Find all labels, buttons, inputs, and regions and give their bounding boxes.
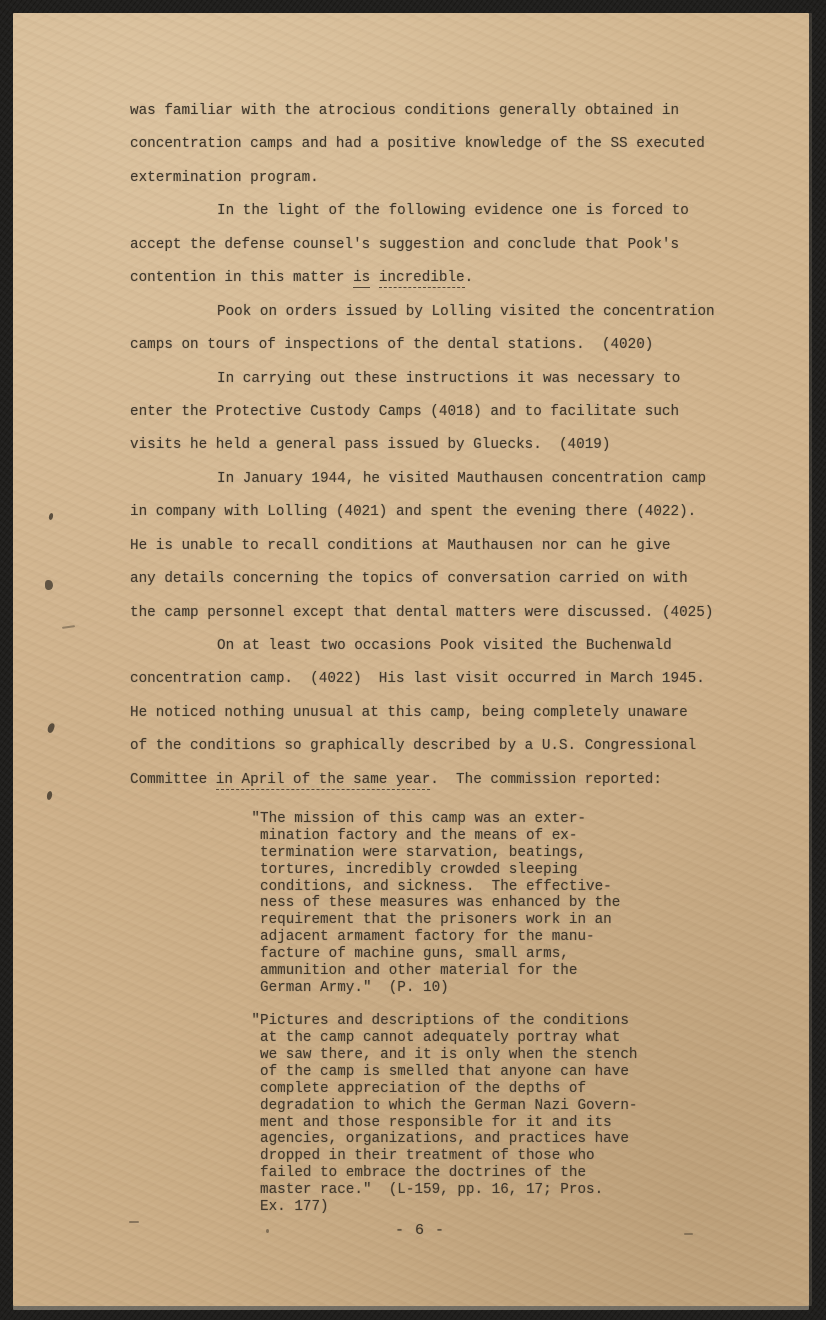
quote-line: termination were starvation, beatings, (260, 845, 750, 862)
quote-line: degradation to which the German Nazi Gov… (260, 1098, 750, 1115)
quote-line: ness of these measures was enhanced by t… (260, 895, 750, 912)
typed-line: in company with Lolling (4021) and spent… (130, 496, 750, 529)
typed-line-underlined-phrase: Committee in April of the same year. The… (130, 764, 750, 797)
underlined-word-is: is (353, 270, 370, 288)
typed-line: Pook on orders issued by Lolling visited… (130, 296, 750, 329)
typed-line: was familiar with the atrocious conditio… (130, 95, 750, 128)
quote-line: mination factory and the means of ex- (260, 828, 750, 845)
quote-line: facture of machine guns, small arms, (260, 946, 750, 963)
quote-line: ment and those responsible for it and it… (260, 1115, 750, 1132)
quote-line: tortures, incredibly crowded sleeping (260, 862, 750, 879)
page-number: - 6 - (130, 1221, 710, 1241)
typed-line: concentration camp. (4022) His last visi… (130, 663, 750, 696)
block-quote-2: "Pictures and descriptions of the condit… (260, 1013, 750, 1215)
typed-line: In January 1944, he visited Mauthausen c… (130, 463, 750, 496)
typed-line: camps on tours of inspections of the den… (130, 329, 750, 362)
typed-line: the camp personnel except that dental ma… (130, 597, 750, 630)
quote-line: master race." (L-159, pp. 16, 17; Pros. (260, 1182, 750, 1199)
quote-line: requirement that the prisoners work in a… (260, 912, 750, 929)
typed-line: In carrying out these instructions it wa… (130, 363, 750, 396)
quote-line: Ex. 177) (260, 1199, 750, 1216)
typed-line: enter the Protective Custody Camps (4018… (130, 396, 750, 429)
quote-line: we saw there, and it is only when the st… (260, 1047, 750, 1064)
typed-line: visits he held a general pass issued by … (130, 429, 750, 462)
line-text: . The commission reported: (430, 772, 662, 788)
quote-line: adjacent armament factory for the manu- (260, 929, 750, 946)
ink-speck (266, 1229, 269, 1233)
quote-line: "Pictures and descriptions of the condit… (251, 1013, 750, 1030)
line-text: . (465, 270, 474, 286)
quote-line: conditions, and sickness. The effective- (260, 879, 750, 896)
ink-speck (129, 1221, 139, 1223)
typed-content: was familiar with the atrocious conditio… (130, 95, 750, 1241)
typed-line: concentration camps and had a positive k… (130, 128, 750, 161)
line-text: contention in this matter (130, 270, 353, 286)
quote-line: failed to embrace the doctrines of the (260, 1165, 750, 1182)
typed-line-underlined-phrase: contention in this matter is incredible. (130, 262, 750, 295)
quote-line: complete appreciation of the depths of (260, 1081, 750, 1098)
typed-line: On at least two occasions Pook visited t… (130, 630, 750, 663)
underlined-phrase-april: in April of the same year (216, 772, 431, 790)
typed-line: accept the defense counsel's suggestion … (130, 229, 750, 262)
quote-line: ammunition and other material for the (260, 963, 750, 980)
scan-background: { "page": { "page_number": "- 6 -", "col… (0, 0, 826, 1320)
typed-line: extermination program. (130, 162, 750, 195)
quote-line: agencies, organizations, and practices h… (260, 1131, 750, 1148)
quote-line: "The mission of this camp was an exter- (251, 811, 750, 828)
ink-speck (684, 1233, 693, 1235)
quote-line: at the camp cannot adequately portray wh… (260, 1030, 750, 1047)
line-text: Committee (130, 772, 216, 788)
typed-line: He is unable to recall conditions at Mau… (130, 530, 750, 563)
line-text (370, 270, 379, 286)
underlined-word-incredible: incredible (379, 270, 465, 288)
quote-line: German Army." (P. 10) (260, 980, 750, 997)
typed-line: of the conditions so graphically describ… (130, 730, 750, 763)
typed-line: In the light of the following evidence o… (130, 195, 750, 228)
typed-line: any details concerning the topics of con… (130, 563, 750, 596)
ink-speck (45, 580, 53, 590)
quote-line: of the camp is smelled that anyone can h… (260, 1064, 750, 1081)
block-quote-1: "The mission of this camp was an exter- … (260, 811, 750, 996)
typed-line: He noticed nothing unusual at this camp,… (130, 697, 750, 730)
quote-line: dropped in their treatment of those who (260, 1148, 750, 1165)
